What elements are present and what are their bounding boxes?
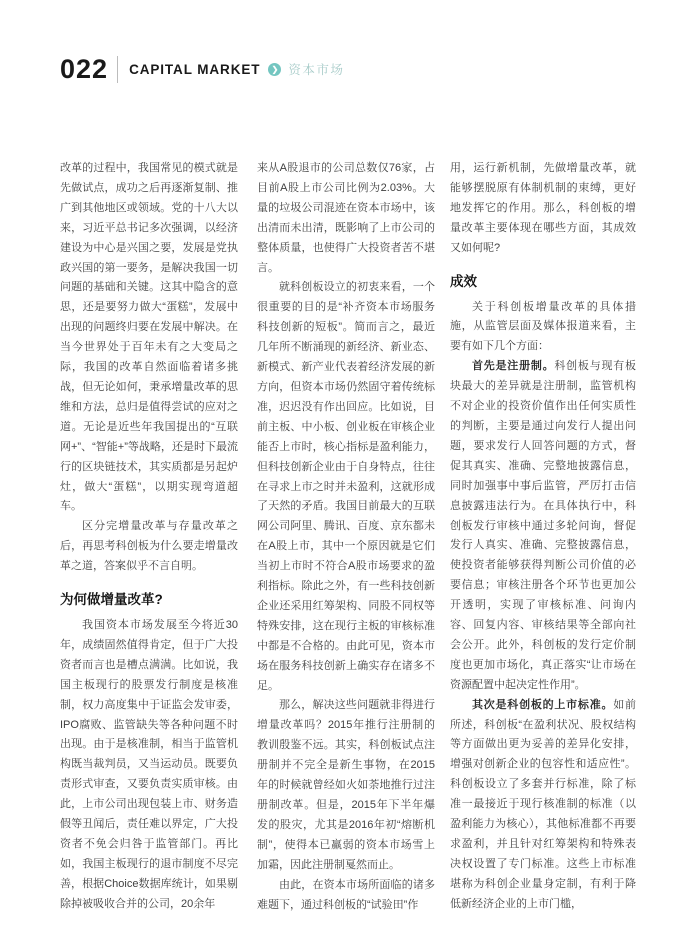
paragraph: 其次是科创板的上市标准。如前所述，科创板“在盈利状况、股权结构等方面做出更为妥善… [450,696,636,915]
paragraph: 用，运行新机制，先做增量改革，就能够摆脱原有体制机制的束缚，更好地发挥它的作用。… [450,159,636,259]
paragraph: 关于科创板增量改革的具体措施，从监管层面及媒体报道来看，主要有如下几个方面： [450,298,636,358]
section-heading: 为何做增量改革? [60,590,238,610]
text-column-1: 改革的过程中，我国常见的模式就是先做试点，成功之后再逐渐复制、推广到其他地区或领… [60,159,238,915]
magazine-page: 022 CAPITAL MARKET ❯ 资本市场 改革的过程中，我国常见的模式… [0,0,700,945]
text-column-3: 用，运行新机制，先做增量改革，就能够摆脱原有体制机制的束缚，更好地发挥它的作用。… [450,159,636,915]
paragraph: 那么，解决这些问题就非得进行增量改革吗？2015年推行注册制的教训殷鉴不远。其实… [257,696,435,875]
section-title-zh: 资本市场 [288,60,344,78]
paragraph: 首先是注册制。科创板与现有板块最大的差异就是注册制，监管机构不对企业的投资价值作… [450,357,636,695]
page-number: 022 [60,54,108,84]
page-header: 022 CAPITAL MARKET ❯ 资本市场 [60,54,344,84]
paragraph: 我国资本市场发展至今将近30年，成绩固然值得肯定，但于广大投资者而言也是槽点满满… [60,616,238,915]
paragraph: 来从A股退市的公司总数仅76家，占目前A股上市公司比例为2.03%。大量的垃圾公… [257,159,435,278]
paragraph-lead: 其次是科创板的上市标准。 [472,699,613,711]
paragraph: 由此，在资本市场所面临的诸多难题下，通过科创板的“试验田”作 [257,876,435,916]
section-title-en: CAPITAL MARKET [129,62,260,77]
text-column-2: 来从A股退市的公司总数仅76家，占目前A股上市公司比例为2.03%。大量的垃圾公… [257,159,435,915]
paragraph-lead: 首先是注册制。 [472,360,554,372]
header-divider [117,56,118,83]
paragraph: 区分完增量改革与存量改革之后，再思考科创板为什么要走增量改革之道，答案似乎不言自… [60,517,238,577]
chevron-right-circle-icon: ❯ [268,63,281,76]
paragraph: 就科创板设立的初衷来看，一个很重要的目的是“补齐资本市场服务科技创新的短板”。简… [257,278,435,696]
paragraph: 改革的过程中，我国常见的模式就是先做试点，成功之后再逐渐复制、推广到其他地区或领… [60,159,238,517]
section-heading: 成效 [450,272,636,292]
